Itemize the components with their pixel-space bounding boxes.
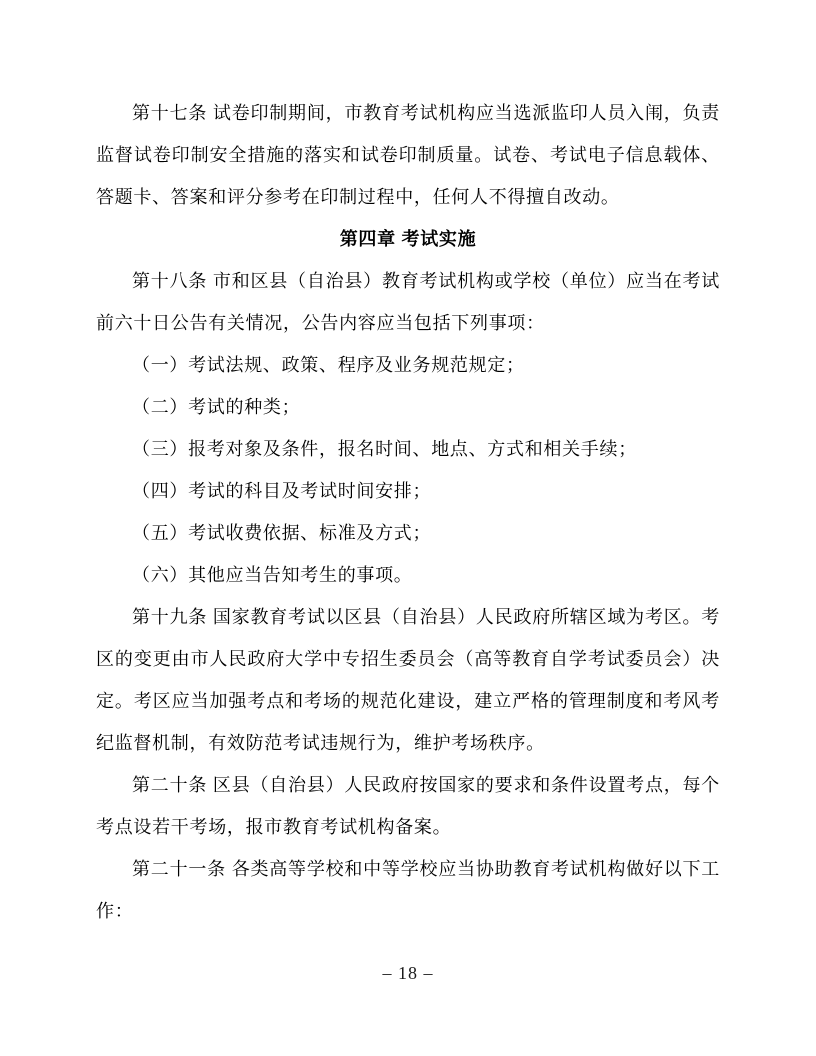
list-item: （六）其他应当告知考生的事项。 [96, 554, 720, 596]
paragraph: 第二十一条 各类高等学校和中等学校应当协助教育考试机构做好以下工作： [96, 848, 720, 932]
document-content: 第十七条 试卷印制期间，市教育考试机构应当选派监印人员入闱，负责监督试卷印制安全… [96, 92, 720, 932]
paragraph: 第十七条 试卷印制期间，市教育考试机构应当选派监印人员入闱，负责监督试卷印制安全… [96, 92, 720, 218]
list-item: （二）考试的种类； [96, 386, 720, 428]
list-item: （四）考试的科目及考试时间安排； [96, 470, 720, 512]
paragraph: 第二十条 区县（自治县）人民政府按国家的要求和条件设置考点，每个考点设若干考场，… [96, 764, 720, 848]
list-item: （一）考试法规、政策、程序及业务规范规定； [96, 344, 720, 386]
page-number: – 18 – [383, 963, 434, 983]
list-item: （三）报考对象及条件，报名时间、地点、方式和相关手续； [96, 428, 720, 470]
list-item: （五）考试收费依据、标准及方式； [96, 512, 720, 554]
chapter-heading: 第四章 考试实施 [96, 218, 720, 260]
page-footer: – 18 – [0, 960, 816, 986]
paragraph: 第十八条 市和区县（自治县）教育考试机构或学校（单位）应当在考试前六十日公告有关… [96, 260, 720, 344]
paragraph: 第十九条 国家教育考试以区县（自治县）人民政府所辖区域为考区。考区的变更由市人民… [96, 596, 720, 764]
document-page: 第十七条 试卷印制期间，市教育考试机构应当选派监印人员入闱，负责监督试卷印制安全… [0, 0, 816, 1056]
